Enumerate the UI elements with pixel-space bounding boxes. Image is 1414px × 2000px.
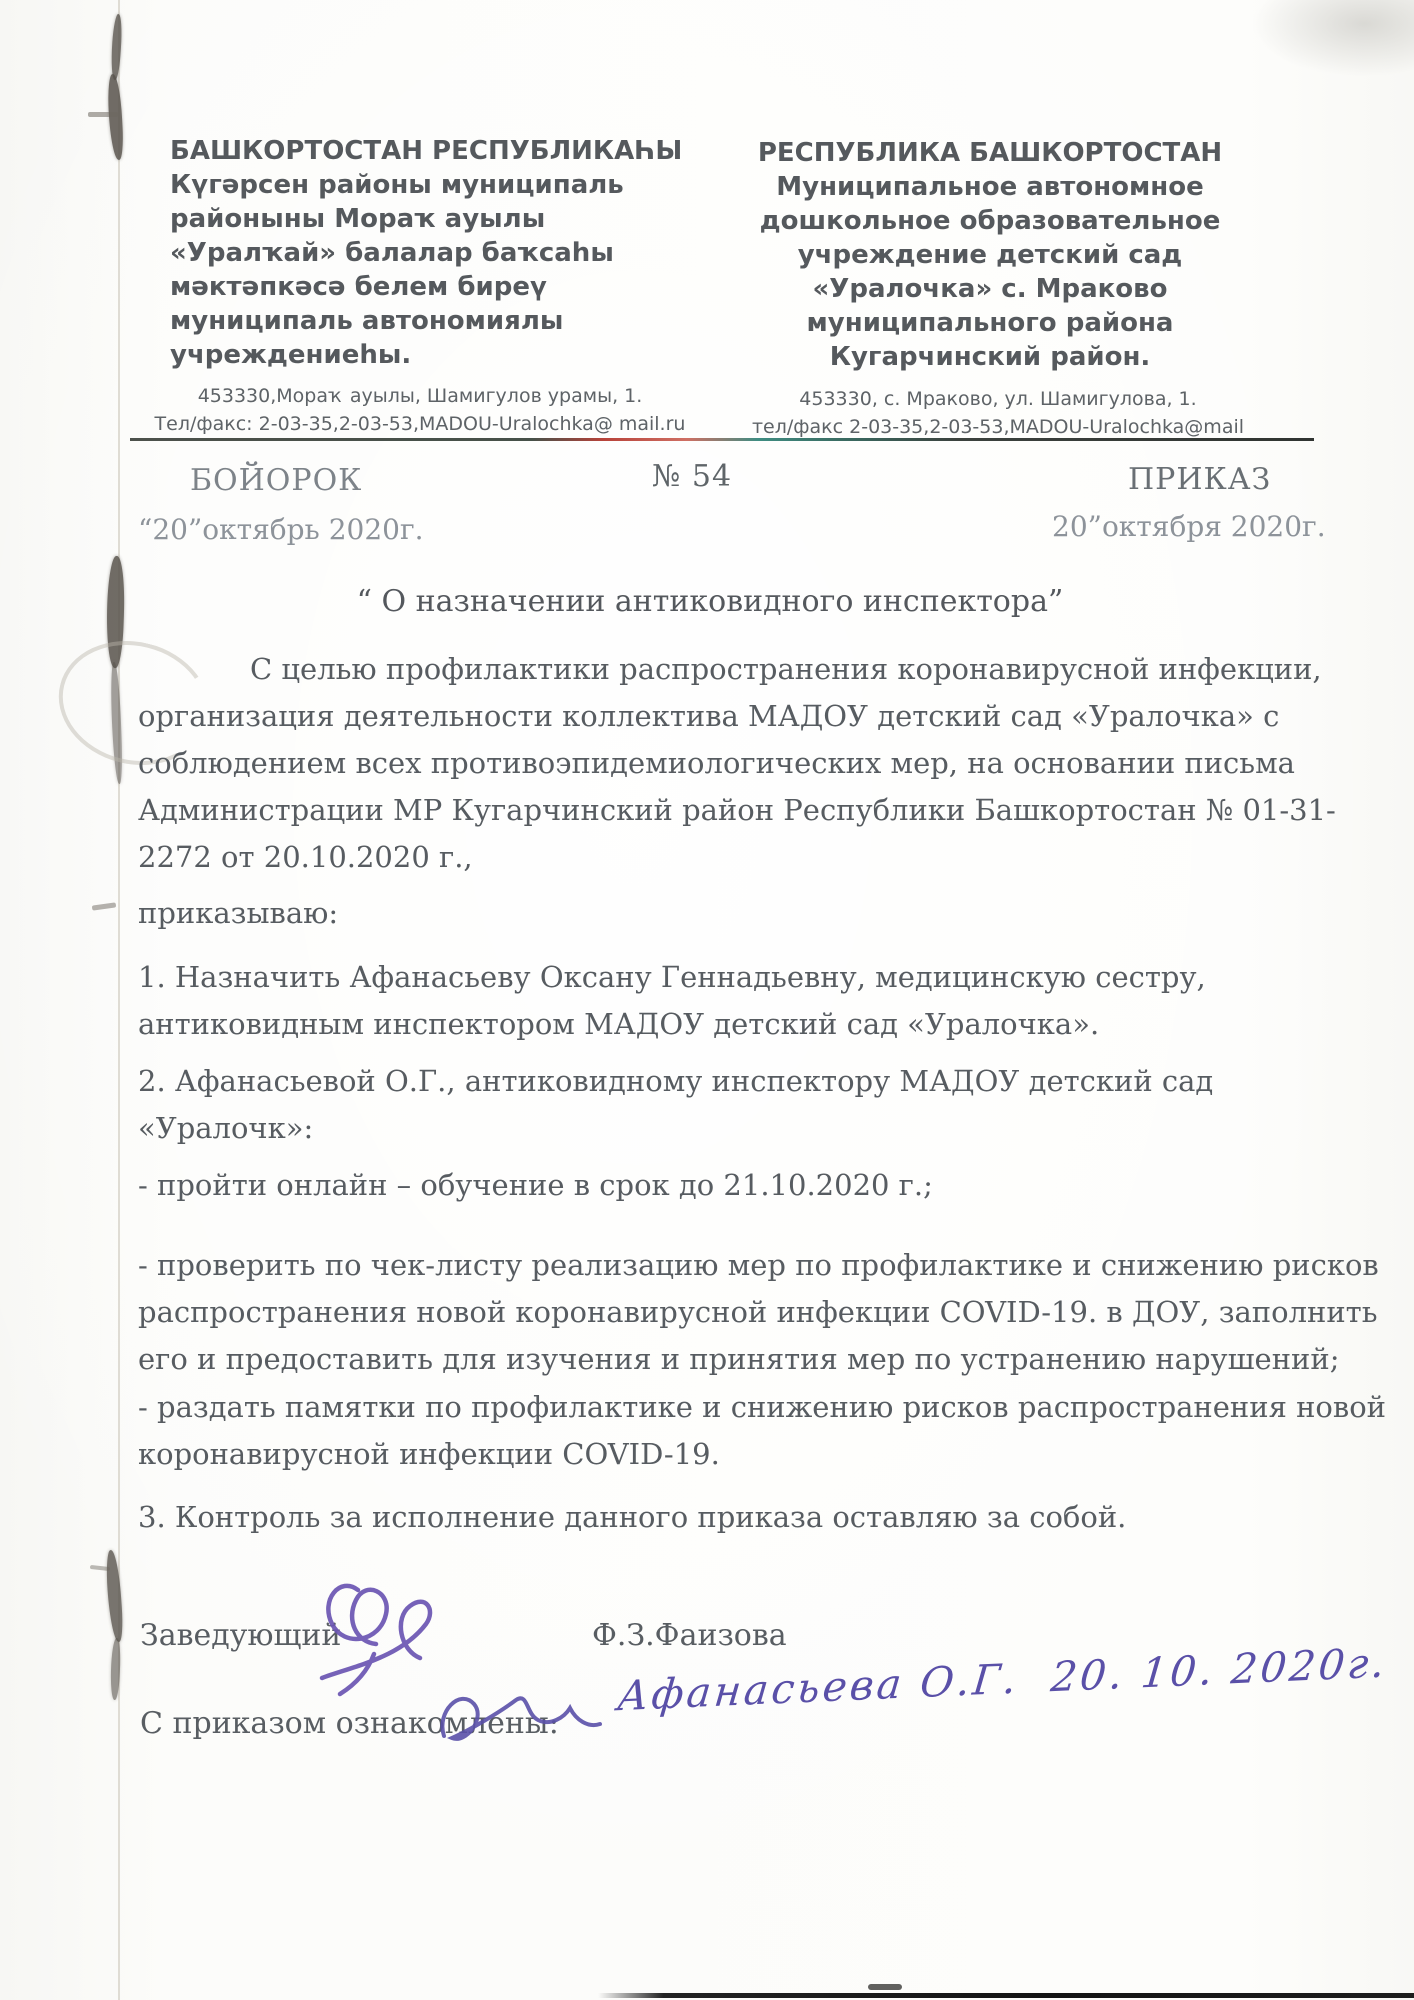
order-number: № 54 <box>652 459 732 494</box>
order-date-russian: 20”октября 2020г. <box>1052 510 1326 543</box>
scan-smudge <box>1236 0 1414 84</box>
binding-thread-mark <box>107 74 124 161</box>
staple-mark <box>88 112 118 117</box>
address-block-right: 453330, с. Мраково, ул. Шамигулова, 1. т… <box>690 385 1306 441</box>
address-left-line2: Тел/факс: 2-03-35,2-03-53,MADOU-Uralochk… <box>140 410 700 438</box>
paragraph-item-2-sub3: - раздать памятки по профилактике и сниж… <box>138 1384 1386 1478</box>
binding-thread-mark <box>110 14 124 80</box>
paragraph-preamble: С целью профилактики распространения кор… <box>138 646 1336 881</box>
address-block-left: 453330,Мораҡ ауылы, Шамигулов урамы, 1. … <box>140 382 700 438</box>
binding-crease-line <box>118 0 120 2000</box>
staple-mark <box>92 902 116 910</box>
signature-name: Ф.З.Фаизова <box>592 1618 787 1653</box>
paragraph-item-3: 3. Контроль за исполнение данного приказ… <box>138 1494 1126 1541</box>
order-title: “ О назначении антиковидного инспектора” <box>140 584 1280 619</box>
address-right-line2: тел/факс 2-03-35,2-03-53,MADOU-Uralochka… <box>690 413 1306 441</box>
staple-mark <box>90 1565 110 1571</box>
scanned-order-document: БАШКОРТОСТАН РЕСПУБЛИКАҺЫ Күгәрсен район… <box>0 0 1414 2000</box>
letterhead-divider-rule <box>130 438 1314 441</box>
scan-edge-shadow <box>598 1993 1414 1998</box>
acknowledgement-handwriting: Афанасьева О.Г. 20. 10. 2020г. <box>615 1641 1319 1720</box>
paragraph-item-2-sub2: - проверить по чек-листу реализацию мер … <box>138 1242 1379 1383</box>
address-left-line1: 453330,Мораҡ ауылы, Шамигулов урамы, 1. <box>140 382 700 410</box>
order-word-russian: ПРИКАЗ <box>1128 462 1271 497</box>
inspector-autograph-icon <box>430 1672 610 1766</box>
scan-smudge <box>868 1984 902 1990</box>
paragraph-order-verb: приказываю: <box>138 890 338 937</box>
paragraph-item-1: 1. Назначить Афанасьеву Оксану Геннадьев… <box>138 954 1206 1048</box>
org-name-russian: РЕСПУБЛИКА БАШКОРТОСТАН Муниципальное ав… <box>700 136 1280 374</box>
address-right-line1: 453330, с. Мраково, ул. Шамигулова, 1. <box>690 385 1306 413</box>
org-name-bashkir: БАШКОРТОСТАН РЕСПУБЛИКАҺЫ Күгәрсен район… <box>170 134 682 372</box>
order-date-bashkir: “20”октябрь 2020г. <box>138 513 424 546</box>
binding-thread-mark <box>105 1550 124 1643</box>
order-word-bashkir: БОЙОРОК <box>190 463 362 498</box>
paragraph-item-2: 2. Афанасьевой О.Г., антиковидному инспе… <box>138 1058 1213 1152</box>
paragraph-item-2-sub1: - пройти онлайн – обучение в срок до 21.… <box>138 1162 933 1209</box>
